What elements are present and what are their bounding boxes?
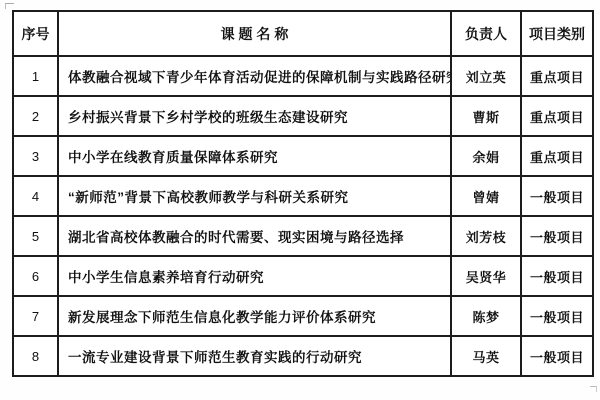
row-leader-cell: 陈梦 [451, 296, 521, 336]
row-index-cell: 2 [13, 96, 58, 136]
corner-artifact-top-left [5, 3, 14, 9]
header-title: 课 题 名 称 [58, 11, 451, 56]
row-leader-cell: 马英 [451, 336, 521, 376]
row-category-cell: 一般项目 [521, 336, 593, 376]
row-category-cell: 一般项目 [521, 256, 593, 296]
table-row: 8 一流专业建设背景下师范生教育实践的行动研究 马英 一般项目 [13, 336, 593, 376]
row-category-cell: 重点项目 [521, 136, 593, 176]
row-index-cell: 7 [13, 296, 58, 336]
row-index-cell: 6 [13, 256, 58, 296]
row-title-cell: 中小学生信息素养培育行动研究 [58, 256, 451, 296]
row-category-cell: 一般项目 [521, 176, 593, 216]
row-category-cell: 一般项目 [521, 216, 593, 256]
row-leader-cell: 曹斯 [451, 96, 521, 136]
row-leader-cell: 刘芳枝 [451, 216, 521, 256]
table-header: 序号 课 题 名 称 负责人 项目类别 [13, 11, 593, 56]
table-row: 3 中小学在线教育质量保障体系研究 余娟 重点项目 [13, 136, 593, 176]
row-title-cell: 中小学在线教育质量保障体系研究 [58, 136, 451, 176]
table-row: 6 中小学生信息素养培育行动研究 吴贤华 一般项目 [13, 256, 593, 296]
table-row: 7 新发展理念下师范生信息化教学能力评价体系研究 陈梦 一般项目 [13, 296, 593, 336]
table-row: 1 体教融合视域下青少年体育活动促进的保障机制与实践路径研究 刘立英 重点项目 [13, 56, 593, 96]
header-row: 序号 课 题 名 称 负责人 项目类别 [13, 11, 593, 56]
row-title-cell: 新发展理念下师范生信息化教学能力评价体系研究 [58, 296, 451, 336]
row-category-cell: 一般项目 [521, 296, 593, 336]
row-leader-cell: 吴贤华 [451, 256, 521, 296]
row-title-cell: 一流专业建设背景下师范生教育实践的行动研究 [58, 336, 451, 376]
table-row: 5 湖北省高校体教融合的时代需要、现实困境与路径选择 刘芳枝 一般项目 [13, 216, 593, 256]
row-leader-cell: 刘立英 [451, 56, 521, 96]
row-leader-cell: 曾婧 [451, 176, 521, 216]
header-category: 项目类别 [521, 11, 593, 56]
row-index-cell: 5 [13, 216, 58, 256]
row-title-cell: 湖北省高校体教融合的时代需要、现实困境与路径选择 [58, 216, 451, 256]
table-row: 2 乡村振兴背景下乡村学校的班级生态建设研究 曹斯 重点项目 [13, 96, 593, 136]
row-leader-cell: 余娟 [451, 136, 521, 176]
row-category-cell: 重点项目 [521, 96, 593, 136]
row-index-cell: 4 [13, 176, 58, 216]
row-index-cell: 3 [13, 136, 58, 176]
header-index: 序号 [13, 11, 58, 56]
table-body: 1 体教融合视域下青少年体育活动促进的保障机制与实践路径研究 刘立英 重点项目 … [13, 56, 593, 376]
row-title-cell: 乡村振兴背景下乡村学校的班级生态建设研究 [58, 96, 451, 136]
row-title-cell: “新师范”背景下高校教师教学与科研关系研究 [58, 176, 451, 216]
document-page: 序号 课 题 名 称 负责人 项目类别 1 体教融合视域下青少年体育活动促进的保… [0, 0, 600, 400]
row-index-cell: 8 [13, 336, 58, 376]
header-leader: 负责人 [451, 11, 521, 56]
row-index-cell: 1 [13, 56, 58, 96]
projects-table: 序号 课 题 名 称 负责人 项目类别 1 体教融合视域下青少年体育活动促进的保… [12, 10, 594, 377]
row-category-cell: 重点项目 [521, 56, 593, 96]
row-title-cell: 体教融合视域下青少年体育活动促进的保障机制与实践路径研究 [58, 56, 451, 96]
table-row: 4 “新师范”背景下高校教师教学与科研关系研究 曾婧 一般项目 [13, 176, 593, 216]
corner-artifact-bottom-right [590, 386, 597, 392]
